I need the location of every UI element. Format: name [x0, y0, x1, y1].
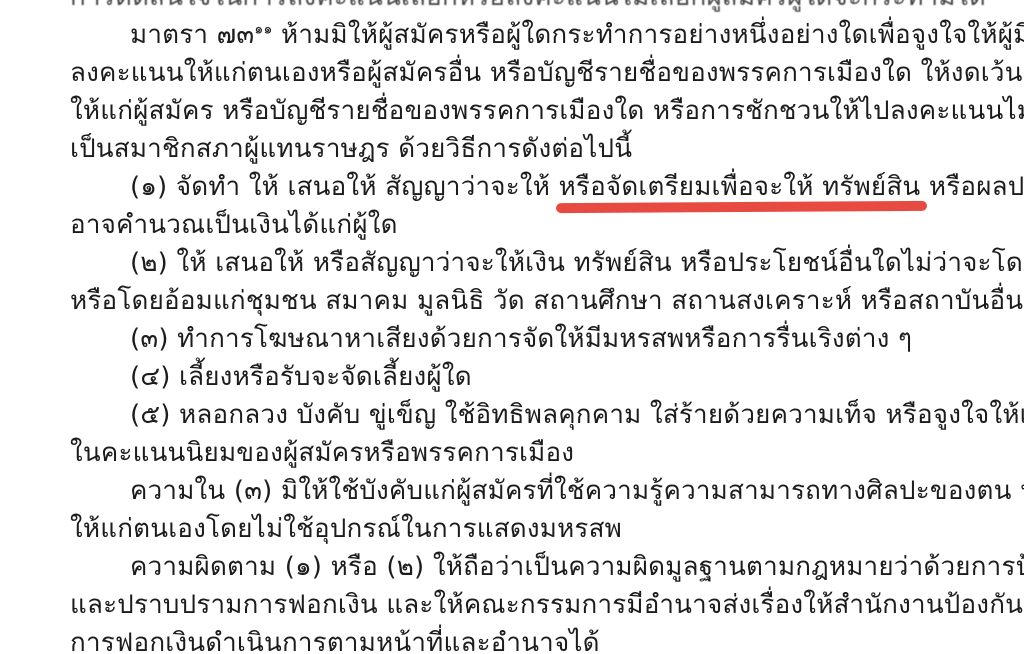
- text-run: ห้ามมิให้ผู้สมัครหรือผู้ใดกระทำการอย่างห…: [273, 20, 1024, 50]
- text-run: (๕) หลอกลวง บังคับ ขู่เข็ญ ใช้อิทธิพลคุก…: [130, 400, 1024, 430]
- text-run: และปราบปรามการฟอกเงิน และให้คณะกรรมการมี…: [70, 590, 1024, 620]
- text-run: (๔) เลี้ยงหรือรับจะจัดเลี้ยงผู้ใด: [130, 362, 472, 392]
- section-number: มาตรา ๗๓: [130, 20, 254, 50]
- text-line: ให้แก่ผู้สมัคร หรือบัญชีรายชื่อของพรรคกา…: [70, 92, 988, 130]
- text-line: หรือโดยอ้อมแก่ชุมชน สมาคม มูลนิธิ วัด สถ…: [70, 282, 988, 320]
- red-underline-highlight: หรือจัดเตรียมเพื่อจะให้ ทรัพย์สิน: [559, 168, 921, 206]
- text-run: (๓) ทำการโฆษณาหาเสียงด้วยการจัดให้มีมหรส…: [130, 324, 912, 354]
- document-page: การตัดสินใจในการลงคะแนนเลือกหรือลงคะแนนไ…: [0, 0, 1024, 654]
- document-text: การตัดสินใจในการลงคะแนนเลือกหรือลงคะแนนไ…: [70, 0, 988, 654]
- text-run: เป็นสมาชิกสภาผู้แทนราษฎร ด้วยวิธีการดังต…: [70, 134, 632, 164]
- text-run: การฟอกเงินดำเนินการตามหน้าที่และอำนาจได้: [70, 628, 600, 654]
- text-line: ในคะแนนนิยมของผู้สมัครหรือพรรคการเมือง: [70, 434, 988, 472]
- text-line: และปราบปรามการฟอกเงิน และให้คณะกรรมการมี…: [70, 586, 988, 624]
- footnote-marker: ๑๑: [254, 21, 272, 37]
- text-line: การตัดสินใจในการลงคะแนนเลือกหรือลงคะแนนไ…: [70, 0, 988, 16]
- text-run: หรือโดยอ้อมแก่ชุมชน สมาคม มูลนิธิ วัด สถ…: [70, 286, 1024, 316]
- text-line: ให้แก่ตนเองโดยไม่ใช้อุปกรณ์ในการแสดงมหรส…: [70, 510, 988, 548]
- text-run: (๒) ให้ เสนอให้ หรือสัญญาว่าจะให้เงิน ทร…: [130, 248, 1024, 278]
- text-run: อาจคำนวณเป็นเงินได้แก่ผู้ใด: [70, 210, 398, 240]
- text-line: ลงคะแนนให้แก่ตนเองหรือผู้สมัครอื่น หรือบ…: [70, 54, 988, 92]
- text-line: อาจคำนวณเป็นเงินได้แก่ผู้ใด: [70, 206, 988, 244]
- text-line: เป็นสมาชิกสภาผู้แทนราษฎร ด้วยวิธีการดังต…: [70, 130, 988, 168]
- text-run: การตัดสินใจในการลงคะแนนเลือกหรือลงคะแนนไ…: [70, 0, 986, 12]
- text-run: ในคะแนนนิยมของผู้สมัครหรือพรรคการเมือง: [70, 438, 574, 468]
- text-line: ความใน (๓) มิให้ใช้บังคับแก่ผู้สมัครที่ใ…: [70, 472, 988, 510]
- text-run: ให้แก่ผู้สมัคร หรือบัญชีรายชื่อของพรรคกา…: [70, 96, 1024, 126]
- text-line: (๓) ทำการโฆษณาหาเสียงด้วยการจัดให้มีมหรส…: [70, 320, 988, 358]
- text-run: ให้แก่ตนเองโดยไม่ใช้อุปกรณ์ในการแสดงมหรส…: [70, 514, 622, 544]
- text-line: มาตรา ๗๓๑๑ ห้ามมิให้ผู้สมัครหรือผู้ใดกระ…: [70, 16, 988, 54]
- text-run: ความผิดตาม (๑) หรือ (๒) ให้ถือว่าเป็นควา…: [130, 552, 1024, 582]
- document-body: การตัดสินใจในการลงคะแนนเลือกหรือลงคะแนนไ…: [0, 0, 1024, 654]
- text-line: (๒) ให้ เสนอให้ หรือสัญญาว่าจะให้เงิน ทร…: [70, 244, 988, 282]
- text-line: การฟอกเงินดำเนินการตามหน้าที่และอำนาจได้: [70, 624, 988, 654]
- text-line: (๕) หลอกลวง บังคับ ขู่เข็ญ ใช้อิทธิพลคุก…: [70, 396, 988, 434]
- text-line: (๑) จัดทำ ให้ เสนอให้ สัญญาว่าจะให้ หรือ…: [70, 168, 988, 206]
- text-run: ลงคะแนนให้แก่ตนเองหรือผู้สมัครอื่น หรือบ…: [70, 58, 1024, 88]
- text-line: (๔) เลี้ยงหรือรับจะจัดเลี้ยงผู้ใด: [70, 358, 988, 396]
- text-run: ความใน (๓) มิให้ใช้บังคับแก่ผู้สมัครที่ใ…: [130, 476, 1024, 506]
- text-line: ความผิดตาม (๑) หรือ (๒) ให้ถือว่าเป็นควา…: [70, 548, 988, 586]
- text-run: (๑) จัดทำ ให้ เสนอให้ สัญญาว่าจะให้: [130, 172, 559, 202]
- text-run: หรือผลประโยชน์อื่นใดอัน: [920, 172, 1024, 202]
